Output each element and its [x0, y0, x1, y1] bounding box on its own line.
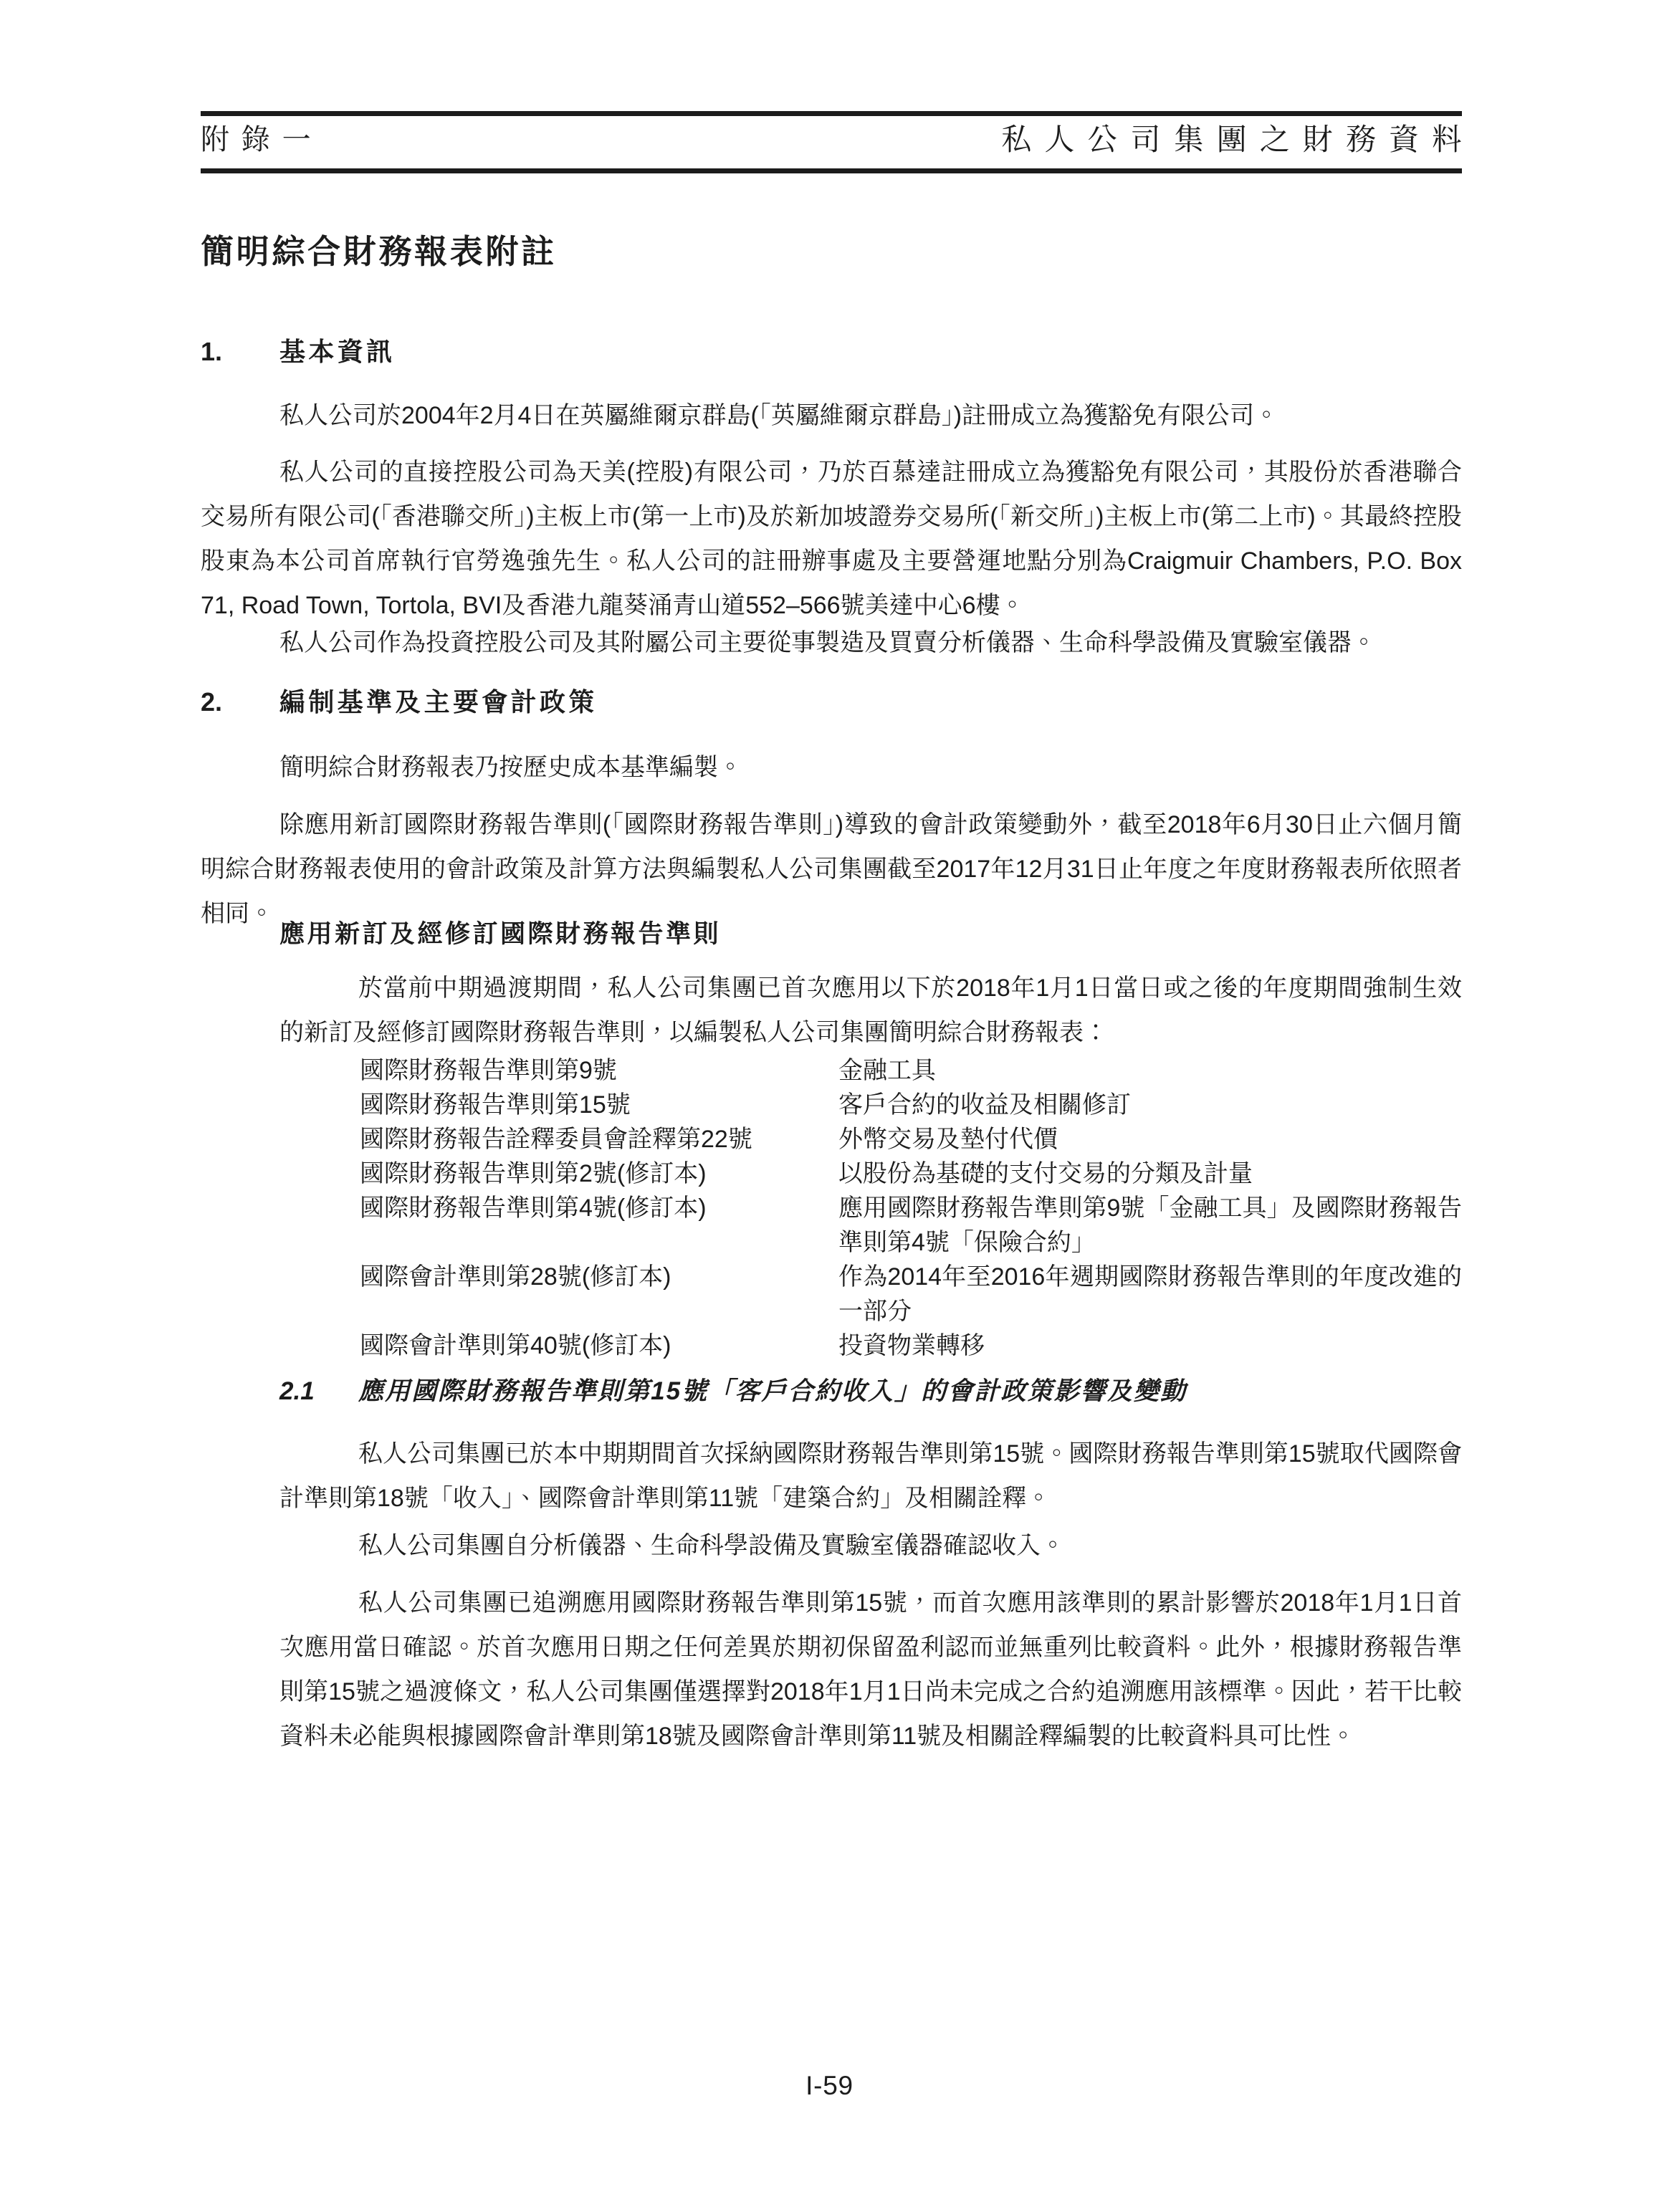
standard-row: 國際會計準則第28號(修訂本) 作為2014年至2016年週期國際財務報告準則的…: [360, 1260, 1462, 1328]
subsection-21-paragraph: 私人公司集團已於本中期期間首次採納國際財務報告準則第15號。國際財務報告準則第1…: [279, 1432, 1462, 1521]
section-2-paragraph: 簡明綜合財務報表乃按歷史成本基準編製。: [201, 745, 1462, 790]
standard-row: 國際財務報告準則第15號 客戶合約的收益及相關修訂: [360, 1088, 1462, 1122]
header-bottom-rule: [201, 168, 1462, 173]
section-1-paragraph: 私人公司於2004年2月4日在英屬維爾京群島(「英屬維爾京群島」)註冊成立為獲豁…: [201, 393, 1462, 438]
standards-list: 國際財務報告準則第9號 金融工具 國際財務報告準則第15號 客戶合約的收益及相關…: [360, 1053, 1462, 1363]
section-1-number: 1.: [201, 335, 279, 369]
standard-description: 金融工具: [838, 1053, 1462, 1088]
subsection-21-paragraph: 私人公司集團已追溯應用國際財務報告準則第15號，而首次應用該準則的累計影響於20…: [279, 1581, 1462, 1758]
subsection-21-heading: 2.1 應用國際財務報告準則第15號「客戶合約收入」的會計政策影響及變動: [279, 1374, 1462, 1409]
page-number: I-59: [0, 2071, 1659, 2101]
section-1-paragraph: 私人公司作為投資控股公司及其附屬公司主要從事製造及買賣分析儀器、生命科學設備及實…: [201, 621, 1462, 665]
document-page: { "header": { "left_title": "附錄一", "righ…: [0, 0, 1659, 2212]
standard-label: 國際會計準則第28號(修訂本): [360, 1260, 838, 1328]
standard-row: 國際會計準則第40號(修訂本) 投資物業轉移: [360, 1328, 1462, 1363]
standard-description: 投資物業轉移: [838, 1328, 1462, 1363]
standard-description: 外幣交易及墊付代價: [838, 1122, 1462, 1157]
standard-label: 國際財務報告詮釋委員會詮釋第22號: [360, 1122, 838, 1157]
standard-label: 國際財務報告準則第15號: [360, 1088, 838, 1122]
header-appendix-title: 附錄一: [201, 120, 322, 159]
standard-label: 國際財務報告準則第4號(修訂本): [360, 1191, 838, 1260]
page-title: 簡明綜合財務報表附註: [201, 226, 1462, 273]
section-1-heading: 1. 基本資訊: [201, 335, 1462, 369]
standard-description: 客戶合約的收益及相關修訂: [838, 1088, 1462, 1122]
standard-label: 國際會計準則第40號(修訂本): [360, 1328, 838, 1363]
section-1-heading-text: 基本資訊: [279, 335, 395, 369]
standard-description: 應用國際財務報告準則第9號「金融工具」及國際財務報告準則第4號「保險合約」: [838, 1191, 1462, 1260]
header-top-rule: [201, 111, 1462, 116]
subsection-21-heading-text: 應用國際財務報告準則第15號「客戶合約收入」的會計政策影響及變動: [358, 1374, 1187, 1409]
standard-row: 國際財務報告準則第9號 金融工具: [360, 1053, 1462, 1088]
subsection-21-number: 2.1: [279, 1374, 358, 1409]
standard-row: 國際財務報告詮釋委員會詮釋第22號 外幣交易及墊付代價: [360, 1122, 1462, 1157]
standard-description: 以股份為基礎的支付交易的分類及計量: [838, 1157, 1462, 1191]
subsection-21-paragraph: 私人公司集團自分析儀器、生命科學設備及實驗室儀器確認收入。: [279, 1523, 1462, 1568]
standard-label: 國際財務報告準則第2號(修訂本): [360, 1157, 838, 1191]
standard-label: 國際財務報告準則第9號: [360, 1053, 838, 1088]
section-1-paragraph: 私人公司的直接控股公司為天美(控股)有限公司，乃於百慕達註冊成立為獲豁免有限公司…: [201, 450, 1462, 628]
section-2-number: 2.: [201, 685, 279, 719]
ifrs-application-subheading: 應用新訂及經修訂國際財務報告準則: [279, 914, 1462, 950]
standard-row: 國際財務報告準則第2號(修訂本) 以股份為基礎的支付交易的分類及計量: [360, 1157, 1462, 1191]
section-2-heading: 2. 編制基準及主要會計政策: [201, 685, 1462, 719]
standard-row: 國際財務報告準則第4號(修訂本) 應用國際財務報告準則第9號「金融工具」及國際財…: [360, 1191, 1462, 1260]
ifrs-intro-paragraph: 於當前中期過渡期間，私人公司集團已首次應用以下於2018年1月1日當日或之後的年…: [279, 966, 1462, 1055]
header-section-title: 私人公司集團之財務資料: [1001, 120, 1475, 159]
standard-description: 作為2014年至2016年週期國際財務報告準則的年度改進的一部分: [838, 1260, 1462, 1328]
page-header: 附錄一 私人公司集團之財務資料: [201, 120, 1462, 159]
section-2-heading-text: 編制基準及主要會計政策: [279, 685, 598, 719]
